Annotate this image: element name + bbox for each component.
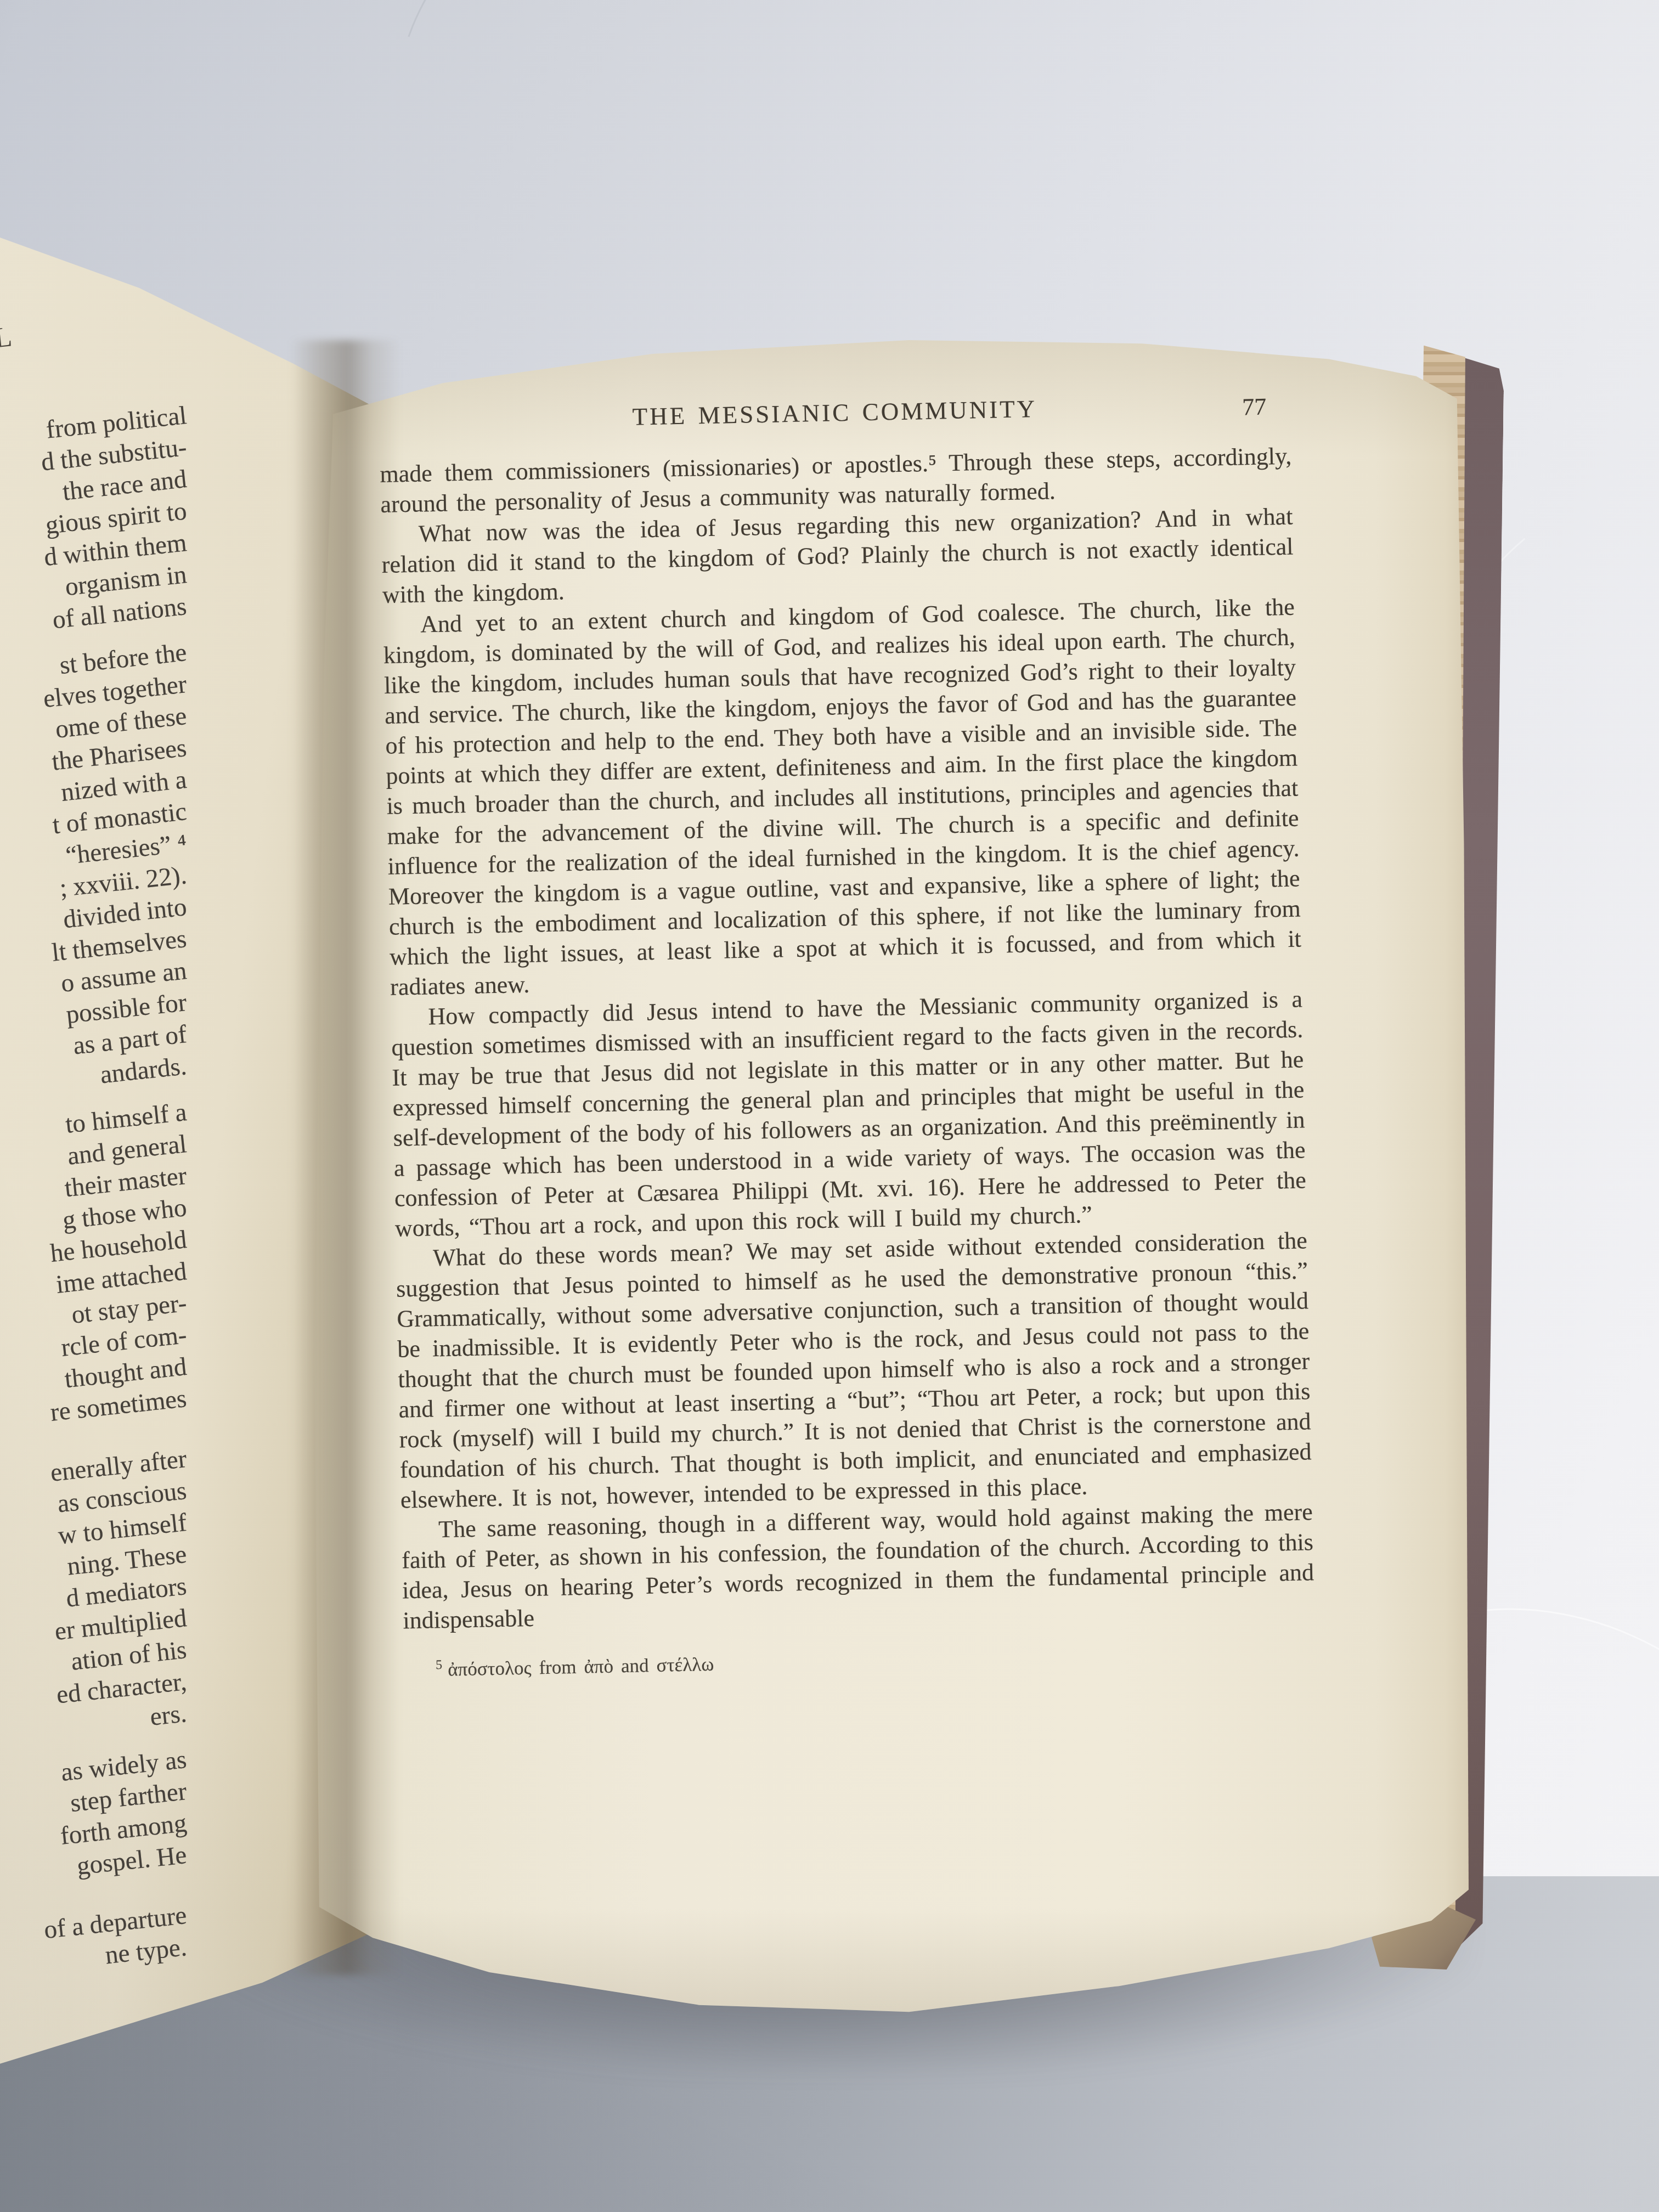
book-photo: L from politicald the substitu-the race … <box>0 0 1659 2212</box>
footnote-marker: 5 <box>436 1658 443 1672</box>
paragraph: And yet to an extent church and kingdom … <box>382 592 1302 1002</box>
left-page-header-fragment: L <box>0 321 14 355</box>
paragraph: What now was the idea of Jesus regarding… <box>381 501 1294 610</box>
paragraph: How compactly did Jesus intend to have t… <box>391 984 1307 1243</box>
body-text: made them commissioners (missionaries) o… <box>380 441 1315 1636</box>
right-page-content: THE MESSIANIC COMMUNITY 77 made them com… <box>379 389 1316 1683</box>
page-number: 77 <box>1242 392 1267 422</box>
paragraph: What do these words mean? We may set asi… <box>396 1225 1313 1515</box>
paragraph: The same reasoning, though in a differen… <box>401 1497 1315 1635</box>
footnote-text: ἀπόστολος from ἀπὸ and στέλλω <box>448 1654 714 1680</box>
chapter-title: THE MESSIANIC COMMUNITY <box>632 395 1037 431</box>
left-page-text-column: from politicald the substitu-the race an… <box>0 399 187 1963</box>
